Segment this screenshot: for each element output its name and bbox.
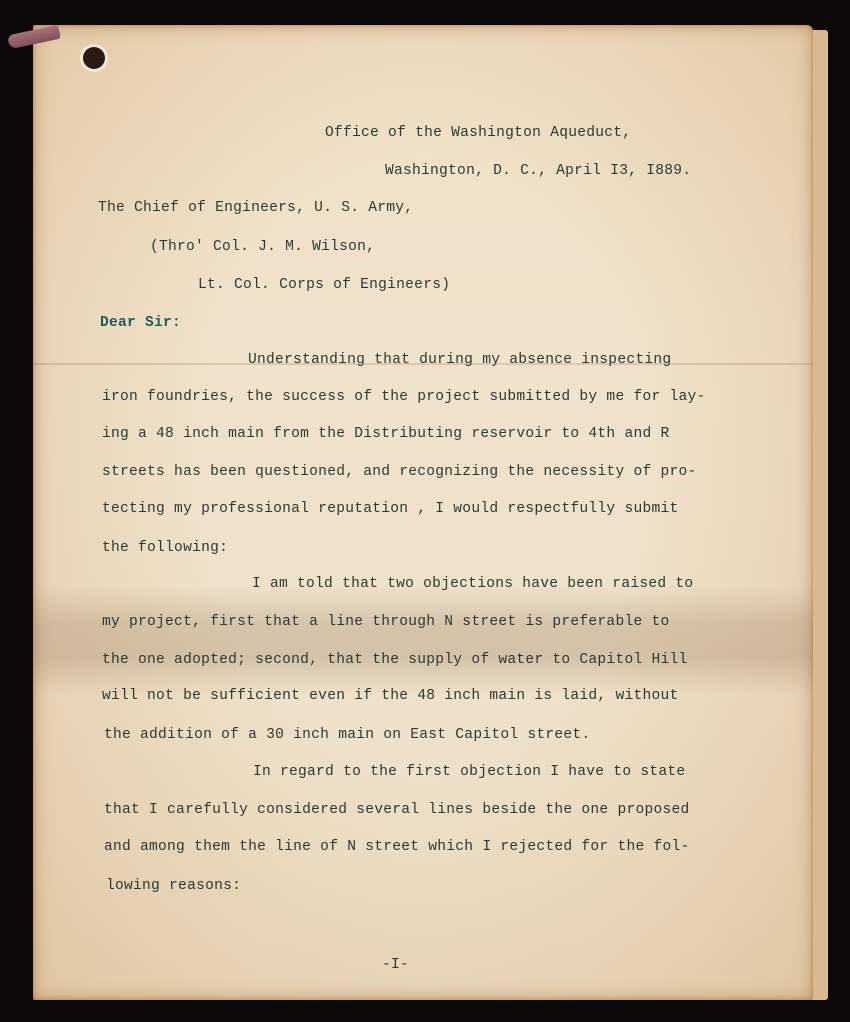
body-line: lowing reasons: [106,878,241,894]
addressee-line-3: Lt. Col. Corps of Engineers) [198,277,450,293]
body-line: that I carefully considered several line… [104,802,690,818]
addressee-line-1: The Chief of Engineers, U. S. Army, [98,200,413,216]
letterhead-place-date: Washington, D. C., April I3, I889. [385,163,691,179]
body-line: my project, first that a line through N … [102,614,669,630]
body-line: I am told that two objections have been … [252,576,693,592]
letterhead-office: Office of the Washington Aqueduct, [325,125,631,141]
body-line: the following: [102,540,228,556]
addressee-line-2: (Thro' Col. J. M. Wilson, [150,239,375,255]
body-line: the one adopted; second, that the supply… [102,652,688,668]
body-line: will not be sufficient even if the 48 in… [102,688,679,704]
salutation: Dear Sir: [100,315,181,331]
body-line: iron foundries, the success of the proje… [102,389,706,405]
body-line: ing a 48 inch main from the Distributing… [102,426,669,442]
body-line: and among them the line of N street whic… [104,839,690,855]
binding-hole [83,47,105,69]
body-line: tecting my professional reputation , I w… [102,501,679,517]
body-line: the addition of a 30 inch main on East C… [104,727,590,743]
water-stain [33,585,813,695]
page-number: -I- [382,957,409,973]
body-line: In regard to the first objection I have … [253,764,685,780]
body-line: Understanding that during my absence ins… [248,352,671,368]
body-line: streets has been questioned, and recogni… [102,464,697,480]
